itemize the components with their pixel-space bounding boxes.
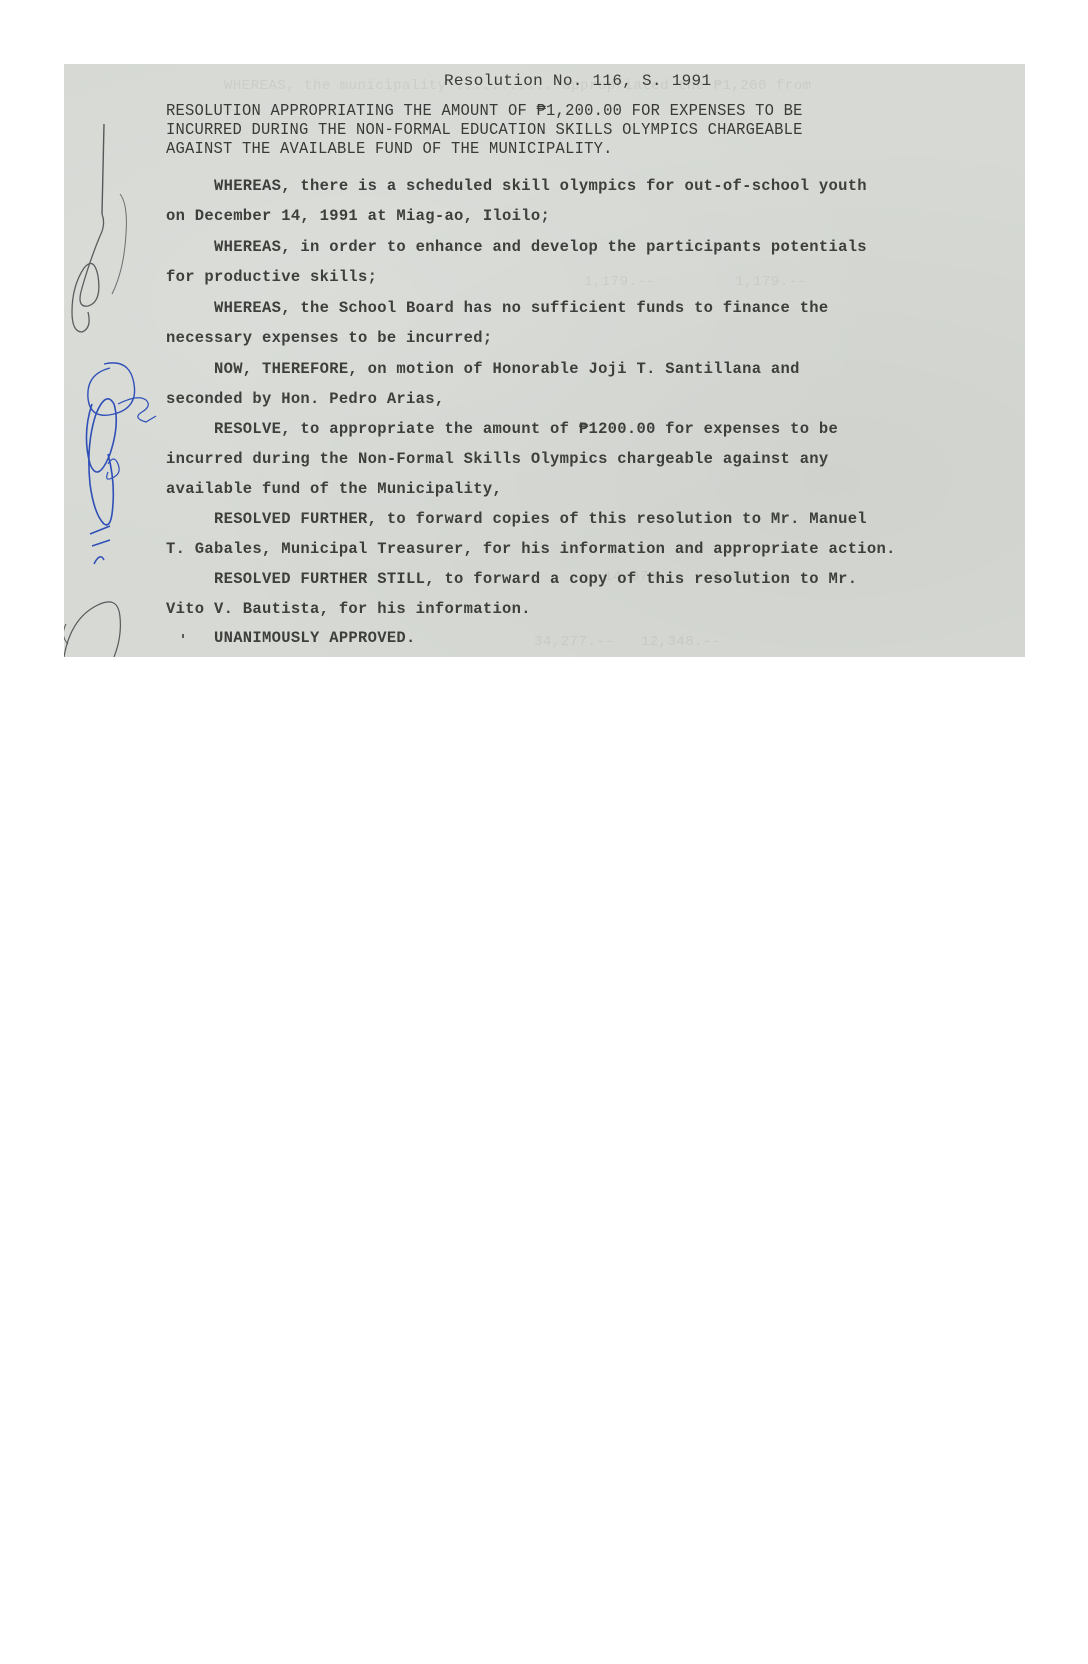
body-line: WHEREAS, the School Board has no suffici… bbox=[166, 299, 829, 317]
body-line: T. Gabales, Municipal Treasurer, for his… bbox=[166, 540, 896, 558]
body-line: seconded by Hon. Pedro Arias, bbox=[166, 390, 444, 408]
body-line: UNANIMOUSLY APPROVED. bbox=[166, 629, 416, 647]
body-line: Vito V. Bautista, for his information. bbox=[166, 600, 531, 618]
margin-line-icon bbox=[102, 124, 104, 214]
resolution-heading-line: AGAINST THE AVAILABLE FUND OF THE MUNICI… bbox=[166, 140, 613, 159]
bleed-through-text: 34,277.-- 12,348.-- bbox=[534, 634, 721, 650]
document-photo: WHEREAS, the municipality ........... ap… bbox=[64, 64, 1025, 657]
body-line: necessary expenses to be incurred; bbox=[166, 329, 492, 347]
body-line: RESOLVED FURTHER STILL, to forward a cop… bbox=[166, 570, 857, 588]
body-line: WHEREAS, in order to enhance and develop… bbox=[166, 238, 867, 256]
resolution-heading-line: INCURRED DURING THE NON-FORMAL EDUCATION… bbox=[166, 121, 803, 140]
resolution-title: Resolution No. 116, S. 1991 bbox=[444, 72, 711, 90]
bleed-through-text: 1,179.-- 1,179.-- bbox=[584, 274, 807, 290]
body-line: available fund of the Municipality, bbox=[166, 480, 502, 498]
body-line: on December 14, 1991 at Miag-ao, Iloilo; bbox=[166, 207, 550, 225]
body-line: RESOLVE, to appropriate the amount of ₱1… bbox=[166, 420, 838, 438]
stray-mark bbox=[182, 634, 184, 638]
resolution-heading-line: RESOLUTION APPROPRIATING THE AMOUNT OF ₱… bbox=[166, 102, 803, 121]
body-line: NOW, THEREFORE, on motion of Honorable J… bbox=[166, 360, 800, 378]
margin-signatures bbox=[64, 64, 194, 657]
pencil-signature-icon bbox=[72, 214, 104, 332]
body-line: for productive skills; bbox=[166, 268, 377, 286]
ink-signature-icon bbox=[86, 399, 116, 525]
body-line: incurred during the Non-Formal Skills Ol… bbox=[166, 450, 829, 468]
body-line: RESOLVED FURTHER, to forward copies of t… bbox=[166, 510, 867, 528]
body-line: WHEREAS, there is a scheduled skill olym… bbox=[166, 177, 867, 195]
